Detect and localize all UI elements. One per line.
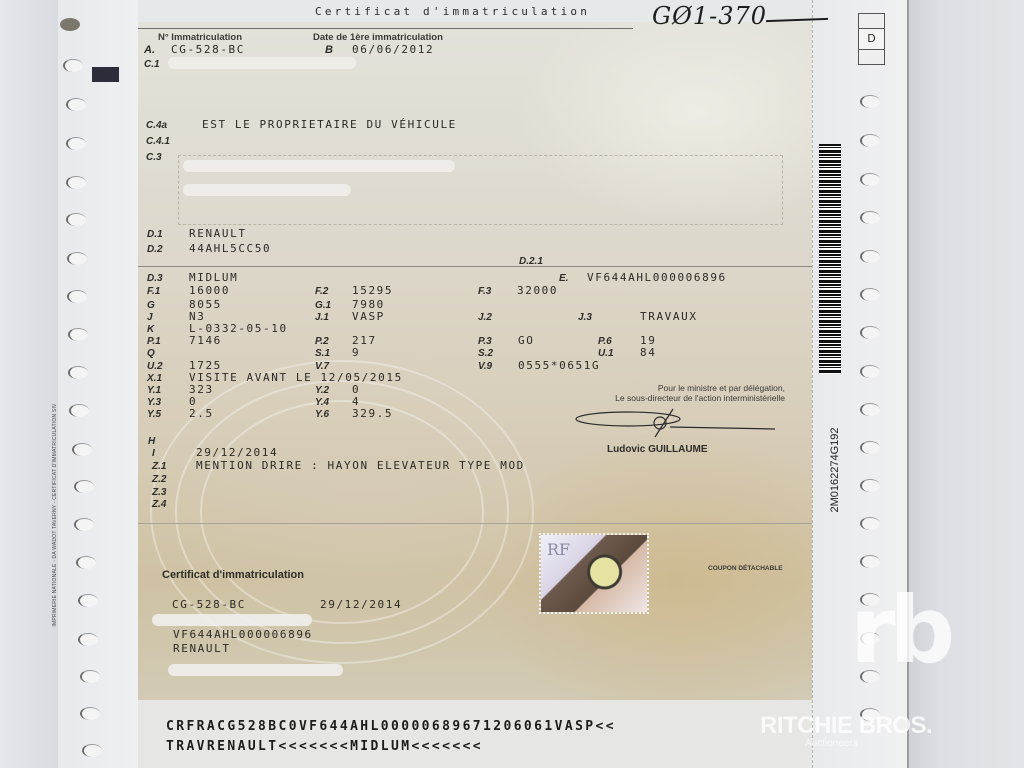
- punch-hole-icon: [860, 134, 880, 147]
- field-code-P2: P.2: [315, 336, 329, 347]
- field-total-tax: 329.5: [352, 407, 393, 420]
- field-code-J: J: [147, 312, 153, 323]
- punch-hole-icon: [860, 403, 880, 416]
- document-title: Certificat d'immatriculation: [315, 5, 590, 18]
- punch-hole-icon: [860, 211, 880, 224]
- punch-hole-icon: [78, 633, 98, 646]
- field-code-Q: Q: [147, 348, 155, 359]
- punch-hole-icon: [860, 555, 880, 568]
- redacted-address-line: [183, 160, 455, 172]
- field-code-A: A.: [144, 44, 155, 56]
- coupon-date: 29/12/2014: [320, 598, 402, 611]
- field-code-U1: U.1: [598, 348, 614, 359]
- field-code-P1: P.1: [147, 336, 161, 347]
- signature-authority-line2: Le sous-directeur de l'action interminis…: [470, 393, 785, 403]
- punch-hole-icon: [63, 59, 83, 72]
- field-code-Y3: Y.3: [147, 397, 161, 408]
- field-code-C4a: C.4a: [146, 120, 167, 131]
- field-environmental-class: 0555*0651G: [518, 359, 600, 372]
- mrz-line-1: CRFRACG528BC0VF644AHL00000689671206061VA…: [166, 719, 616, 734]
- signature-icon: [570, 405, 780, 445]
- punch-hole-icon: [860, 95, 880, 108]
- field-code-C1: C.1: [144, 59, 160, 70]
- field-gross-combination-mass: 32000: [517, 284, 558, 297]
- side-tab: D: [858, 13, 885, 65]
- field-first-registration-date: 06/06/2012: [352, 43, 434, 56]
- field-code-V9: V.9: [478, 361, 492, 372]
- punch-hole-icon: [66, 176, 86, 189]
- field-code-Y5: Y.5: [147, 409, 161, 420]
- field-fuel-type: GO: [518, 334, 534, 347]
- watermark-sub: Auctioneers: [805, 738, 858, 749]
- section-divider: [138, 266, 812, 267]
- field-code-Y1: Y.1: [147, 385, 161, 396]
- punch-hole-icon: [66, 98, 86, 111]
- field-owner-status: EST LE PROPRIETAIRE DU VÉHICULE: [202, 118, 457, 131]
- coupon-registration: CG-528-BC: [172, 598, 246, 611]
- punch-hole-icon: [860, 479, 880, 492]
- punch-hole-icon: [80, 670, 100, 683]
- punch-hole-icon: [67, 290, 87, 303]
- field-code-D1: D.1: [147, 229, 163, 240]
- punch-hole-icon: [66, 213, 86, 226]
- punch-hole-icon: [67, 252, 87, 265]
- field-code-Z4: Z.4: [152, 499, 166, 510]
- field-code-Y6: Y.6: [315, 409, 329, 420]
- field-code-F1: F.1: [147, 286, 160, 297]
- field-inspection-due: VISITE AVANT LE 12/05/2015: [189, 371, 403, 384]
- punch-hole-icon: [68, 366, 88, 379]
- punch-hole-icon: [82, 744, 102, 757]
- hologram-stamp: RF: [541, 535, 647, 612]
- field-national-genre: VASP: [352, 310, 385, 323]
- field-commercial-name: MIDLUM: [189, 271, 238, 284]
- registration-number-label: N° Immatriculation: [158, 32, 242, 43]
- field-max-permissible-mass: 15295: [352, 284, 393, 297]
- punch-hole-icon: [69, 404, 89, 417]
- punch-hole-icon: [68, 328, 88, 341]
- field-code-D3: D.3: [147, 273, 163, 284]
- watermark-brand: RITCHIE BROS.: [760, 712, 932, 740]
- signature-authority-line1: Pour le ministre et par délégation,: [520, 383, 785, 393]
- field-seats: 9: [352, 346, 360, 359]
- punch-hole-icon: [74, 518, 94, 531]
- coupon-perforation-line: [138, 523, 812, 524]
- perforated-strip-left: [58, 0, 139, 768]
- redacted-address-line: [183, 184, 351, 196]
- field-code-C41: C.4.1: [146, 136, 170, 147]
- header-divider: [138, 28, 633, 29]
- barcode-icon: [819, 144, 841, 374]
- field-make: RENAULT: [189, 227, 247, 240]
- field-code-J2: J.2: [478, 312, 492, 323]
- mrz-line-2: TRAVRENAULT<<<<<<<MIDLUM<<<<<<<: [166, 739, 483, 754]
- field-code-H: H: [148, 436, 155, 447]
- field-code-G1: G.1: [315, 300, 331, 311]
- printed-marker-square: [92, 67, 119, 82]
- field-code-J3: J.3: [578, 312, 592, 323]
- security-pattern-arc: [200, 400, 484, 624]
- handwritten-note: GØ1-370: [652, 2, 767, 30]
- punch-hole-icon: [860, 326, 880, 339]
- field-code-G: G: [147, 300, 155, 311]
- field-code-S1: S.1: [315, 348, 330, 359]
- redacted-coupon-address: [168, 664, 343, 676]
- field-code-K: K: [147, 324, 154, 335]
- punch-hole-icon: [66, 137, 86, 150]
- coupon-detachable-label: COUPON DÉTACHABLE: [708, 565, 783, 572]
- field-engine-capacity: 7146: [189, 334, 222, 347]
- ritchie-bros-logo-icon: rb: [850, 585, 949, 677]
- field-code-Z2: Z.2: [152, 474, 166, 485]
- redacted-coupon-owner: [152, 614, 312, 626]
- punch-hole-icon: [78, 594, 98, 607]
- field-vin: VF644AHL000006896: [587, 271, 727, 284]
- punch-hole-icon: [74, 480, 94, 493]
- field-code-J1: J.1: [315, 312, 329, 323]
- punch-hole-icon: [860, 288, 880, 301]
- field-code-Y4: Y.4: [315, 397, 329, 408]
- field-code-P3: P.3: [478, 336, 492, 347]
- field-routing-fee: 2.5: [189, 407, 214, 420]
- field-code-D2: D.2: [147, 244, 163, 255]
- field-code-F3: F.3: [478, 286, 491, 297]
- field-body-type: TRAVAUX: [640, 310, 698, 323]
- coupon-title: Certificat d'immatriculation: [162, 569, 304, 581]
- coupon-make: RENAULT: [173, 642, 231, 655]
- field-code-B: B: [325, 44, 333, 56]
- field-type-variant: 44AHL5CC50: [189, 242, 271, 255]
- field-code-S2: S.2: [478, 348, 493, 359]
- field-stationary-noise: 84: [640, 346, 656, 359]
- punch-hole-icon: [860, 173, 880, 186]
- background-left: [0, 0, 58, 768]
- field-code-Y2: Y.2: [315, 385, 329, 396]
- stamp-rf-text: RF: [547, 540, 570, 559]
- printer-imprint: IMPRIMERIE NATIONALE - DA WADOT TAVERNY …: [52, 403, 58, 626]
- field-code-I: I: [152, 448, 155, 459]
- field-code-Z3: Z.3: [152, 487, 166, 498]
- mrz-band: [138, 700, 812, 768]
- field-code-E: E.: [559, 273, 568, 284]
- punch-hole-icon: [72, 443, 92, 456]
- punch-hole-icon: [60, 18, 80, 31]
- barcode-number: 2M0162274G192: [829, 427, 841, 512]
- punch-hole-icon: [80, 707, 100, 720]
- side-tab-label: D: [859, 28, 884, 50]
- field-certificate-date: 29/12/2014: [196, 446, 278, 459]
- signer-name: Ludovic GUILLAUME: [607, 444, 708, 455]
- punch-hole-icon: [860, 365, 880, 378]
- field-code-P6: P.6: [598, 336, 612, 347]
- field-code-U2: U.2: [147, 361, 163, 372]
- field-code-X1: X.1: [147, 373, 162, 384]
- punch-hole-icon: [860, 517, 880, 530]
- field-code-C3: C.3: [146, 152, 162, 163]
- field-max-laden-mass: 16000: [189, 284, 230, 297]
- punch-hole-icon: [860, 441, 880, 454]
- redacted-owner-name: [168, 57, 356, 69]
- punch-hole-icon: [860, 250, 880, 263]
- field-code-Z1: Z.1: [152, 461, 166, 472]
- field-code-F2: F.2: [315, 286, 328, 297]
- punch-hole-icon: [76, 556, 96, 569]
- field-registration-number: CG-528-BC: [171, 43, 245, 56]
- coupon-vin: VF644AHL000006896: [173, 628, 313, 641]
- first-registration-date-label: Date de 1ère immatriculation: [313, 32, 443, 43]
- field-mention-1: MENTION DRIRE : HAYON ELEVATEUR TYPE MOD: [196, 459, 525, 472]
